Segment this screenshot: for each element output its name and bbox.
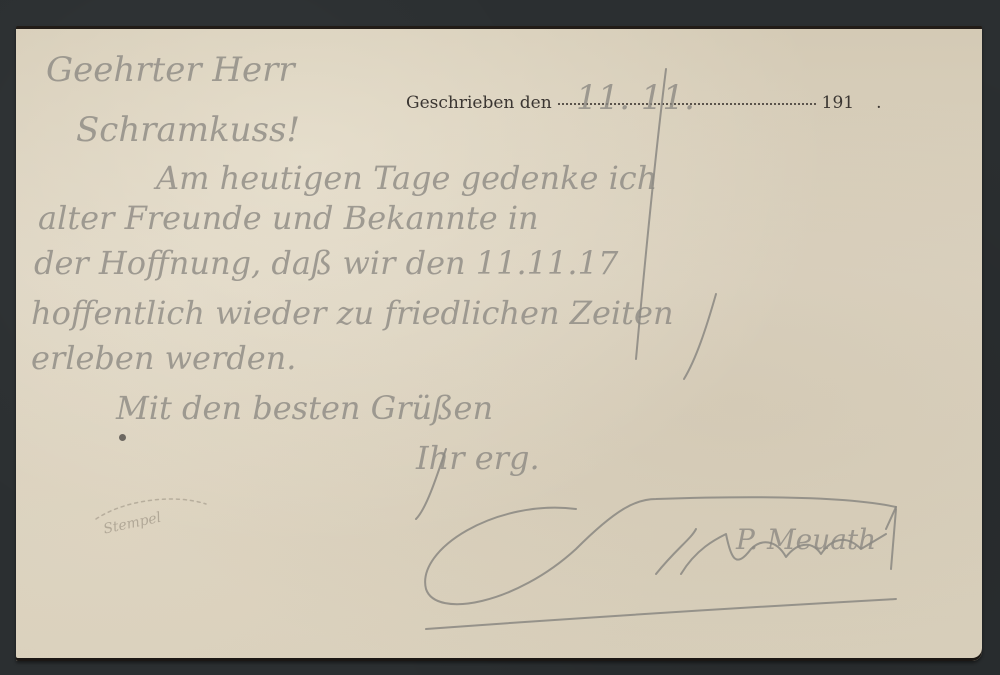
body-line-2: alter Freunde und Bekannte in	[38, 199, 539, 237]
body-line-3: der Hoffnung, daß wir den 11.11.17	[34, 244, 619, 282]
body-line-1: Am heutigen Tage gedenke ich	[153, 159, 657, 197]
signature: P. Meuath	[425, 497, 896, 629]
closing-line: Mit den besten Grüßen	[115, 389, 493, 427]
handwritten-date: 11. 11.	[576, 78, 695, 118]
body-line-5: erleben werden.	[31, 339, 296, 377]
signature-text: P. Meuath	[735, 523, 876, 556]
salutation-line-1: Geehrter Herr	[46, 50, 296, 90]
stamp-impression: Stempel	[102, 510, 163, 538]
postcard: Geschrieben den 191 . 11. 11. Geehrter H…	[16, 26, 982, 661]
handwriting-layer: 11. 11. Geehrter Herr Schramkuss! Am heu…	[16, 29, 982, 661]
pen-stroke	[684, 294, 716, 379]
salutation-line-2: Schramkuss!	[76, 110, 300, 150]
body-line-4: hoffentlich wieder zu friedlichen Zeiten	[31, 294, 674, 332]
ink-spot	[119, 434, 126, 441]
closing-sign: Ihr erg.	[415, 439, 540, 477]
